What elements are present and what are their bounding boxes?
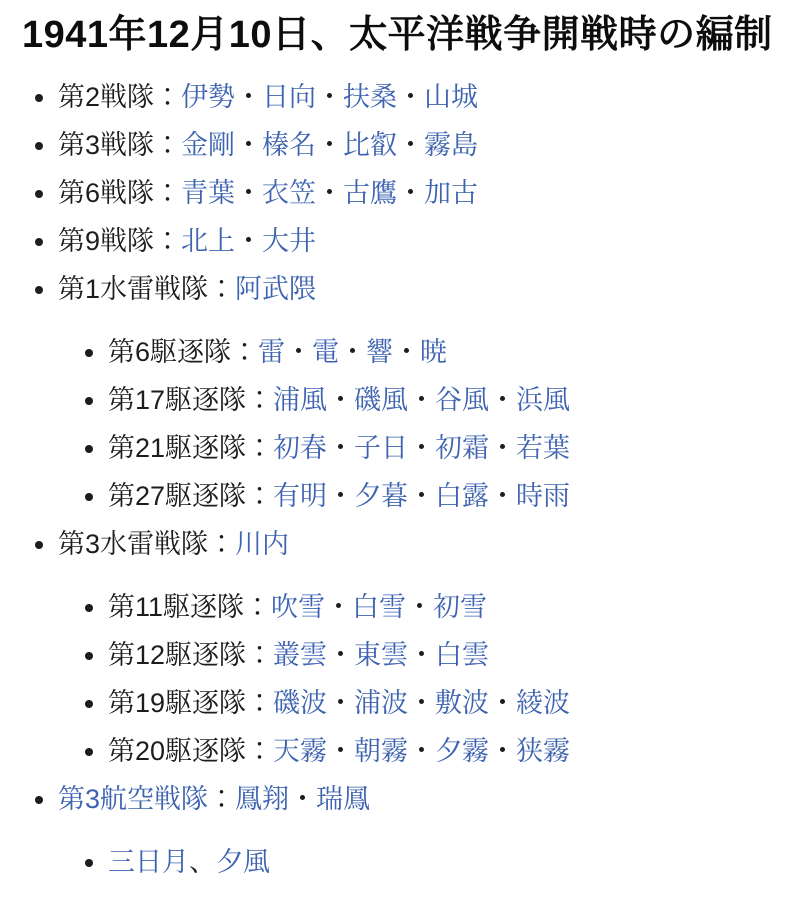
ship-link[interactable]: 浦波 — [354, 688, 408, 718]
ship-link[interactable]: 川内 — [235, 529, 289, 559]
ship-separator: ・ — [327, 433, 354, 463]
colon-separator: ： — [208, 529, 235, 559]
ship-link[interactable]: 初雪 — [433, 592, 487, 622]
ship-link[interactable]: 子日 — [354, 433, 408, 463]
unit-label: 第1水雷戦隊 — [58, 274, 208, 304]
colon-separator: ： — [154, 82, 181, 112]
ship-link[interactable]: 朝霧 — [354, 736, 408, 766]
ship-separator: ・ — [327, 736, 354, 766]
colon-separator: ： — [246, 640, 273, 670]
unit-label: 第12駆逐隊 — [108, 640, 246, 670]
fleet-list-item: 第27駆逐隊：有明・夕暮・白露・時雨 — [108, 479, 792, 514]
unit-label: 第19駆逐隊 — [108, 688, 246, 718]
ship-separator: ・ — [397, 130, 424, 160]
fleet-list-item: 第2戦隊：伊勢・日向・扶桑・山城 — [58, 80, 792, 115]
ship-link[interactable]: 浦風 — [273, 385, 327, 415]
fleet-list-item: 第9戦隊：北上・大井 — [58, 224, 792, 259]
unit-label: 第2戦隊 — [58, 82, 154, 112]
page-title: 1941年12月10日、太平洋戦争開戦時の編制 — [22, 12, 772, 60]
ship-separator: ・ — [285, 337, 312, 367]
unit-label: 第21駆逐隊 — [108, 433, 246, 463]
unit-label: 第17駆逐隊 — [108, 385, 246, 415]
ship-separator: ・ — [235, 178, 262, 208]
ship-link[interactable]: 響 — [366, 337, 393, 367]
colon-separator: ： — [154, 226, 181, 256]
ship-link[interactable]: 榛名 — [262, 130, 316, 160]
ship-link[interactable]: 三日月 — [108, 847, 189, 877]
ship-link[interactable]: 有明 — [273, 481, 327, 511]
fleet-list-item: 第3戦隊：金剛・榛名・比叡・霧島 — [58, 128, 792, 163]
unit-label: 第6戦隊 — [58, 178, 154, 208]
colon-separator: ： — [154, 130, 181, 160]
ship-link[interactable]: 青葉 — [181, 178, 235, 208]
ship-separator: ・ — [327, 481, 354, 511]
ship-link[interactable]: 夕暮 — [354, 481, 408, 511]
ship-separator: ・ — [489, 385, 516, 415]
ship-link[interactable]: 夕霧 — [435, 736, 489, 766]
ship-separator: ・ — [408, 433, 435, 463]
ship-separator: ・ — [397, 82, 424, 112]
fleet-list-item: 第17駆逐隊：浦風・磯風・谷風・浜風 — [108, 383, 792, 418]
ship-link[interactable]: 若葉 — [516, 433, 570, 463]
ship-link[interactable]: 伊勢 — [181, 82, 235, 112]
ship-link[interactable]: 夕風 — [216, 847, 270, 877]
unit-label: 第11駆逐隊 — [108, 592, 244, 622]
fleet-list-item: 第21駆逐隊：初春・子日・初霜・若葉 — [108, 431, 792, 466]
ship-separator: ・ — [327, 385, 354, 415]
colon-separator: ： — [208, 784, 235, 814]
ship-link[interactable]: 時雨 — [516, 481, 570, 511]
ship-link[interactable]: 日向 — [262, 82, 316, 112]
ship-link[interactable]: 大井 — [262, 226, 316, 256]
ship-separator: ・ — [327, 640, 354, 670]
ship-separator: ・ — [397, 178, 424, 208]
unit-label: 第27駆逐隊 — [108, 481, 246, 511]
ship-link[interactable]: 阿武隈 — [235, 274, 316, 304]
unit-label: 第6駆逐隊 — [108, 337, 231, 367]
colon-separator: ： — [246, 385, 273, 415]
colon-separator: ： — [246, 736, 273, 766]
ship-link[interactable]: 天霧 — [273, 736, 327, 766]
ship-link[interactable]: 浜風 — [516, 385, 570, 415]
ship-link[interactable]: 初春 — [273, 433, 327, 463]
ship-separator: ・ — [489, 688, 516, 718]
colon-separator: ： — [246, 688, 273, 718]
ship-link[interactable]: 白雲 — [435, 640, 489, 670]
ship-link[interactable]: 霧島 — [424, 130, 478, 160]
ship-link[interactable]: 扶桑 — [343, 82, 397, 112]
colon-separator: ： — [246, 481, 273, 511]
ship-separator: ・ — [316, 130, 343, 160]
ship-link[interactable]: 電 — [312, 337, 339, 367]
ship-separator: ・ — [408, 688, 435, 718]
fleet-list-item: 第6駆逐隊：雷・電・響・暁 — [108, 335, 792, 370]
ship-link[interactable]: 暁 — [420, 337, 447, 367]
colon-separator: ： — [244, 592, 271, 622]
ship-link[interactable]: 加古 — [424, 178, 478, 208]
ship-link[interactable]: 狭霧 — [516, 736, 570, 766]
ship-link[interactable]: 白露 — [435, 481, 489, 511]
ship-link[interactable]: 雷 — [258, 337, 285, 367]
fleet-sublist: 三日月、夕風 — [58, 845, 792, 880]
fleet-list-item: 第11駆逐隊：吹雪・白雪・初雪 — [108, 590, 792, 625]
ship-separator: ・ — [406, 592, 433, 622]
ship-link[interactable]: 衣笠 — [262, 178, 316, 208]
fleet-list-item: 第3航空戦隊：鳳翔・瑞鳳三日月、夕風 — [58, 782, 792, 880]
ship-link[interactable]: 白雪 — [352, 592, 406, 622]
ship-separator: ・ — [408, 385, 435, 415]
ship-link[interactable]: 比叡 — [343, 130, 397, 160]
ship-separator: ・ — [489, 481, 516, 511]
ship-link[interactable]: 叢雲 — [273, 640, 327, 670]
fleet-list-item: 第12駆逐隊：叢雲・東雲・白雲 — [108, 638, 792, 673]
fleet-list-item: 三日月、夕風 — [108, 845, 792, 880]
ship-link[interactable]: 北上 — [181, 226, 235, 256]
ship-link[interactable]: 磯風 — [354, 385, 408, 415]
ship-link[interactable]: 谷風 — [435, 385, 489, 415]
ship-separator: ・ — [408, 481, 435, 511]
ship-separator: ・ — [408, 736, 435, 766]
ship-link[interactable]: 鳳翔 — [235, 784, 289, 814]
ship-separator: ・ — [408, 640, 435, 670]
ship-link[interactable]: 吹雪 — [271, 592, 325, 622]
ship-separator: ・ — [289, 784, 316, 814]
unit-label: 第3水雷戦隊 — [58, 529, 208, 559]
ship-separator: ・ — [489, 433, 516, 463]
ship-separator: ・ — [235, 82, 262, 112]
fleet-sublist: 第6駆逐隊：雷・電・響・暁第17駆逐隊：浦風・磯風・谷風・浜風第21駆逐隊：初春… — [58, 335, 792, 514]
ship-link[interactable]: 磯波 — [273, 688, 327, 718]
unit-label: 第3戦隊 — [58, 130, 154, 160]
ship-separator: ・ — [393, 337, 420, 367]
fleet-list-item: 第19駆逐隊：磯波・浦波・敷波・綾波 — [108, 686, 792, 721]
unit-label: 第20駆逐隊 — [108, 736, 246, 766]
ship-separator: ・ — [327, 688, 354, 718]
unit-label: 第9戦隊 — [58, 226, 154, 256]
ship-separator: 、 — [189, 847, 216, 877]
ship-separator: ・ — [489, 736, 516, 766]
ship-separator: ・ — [316, 82, 343, 112]
colon-separator: ： — [246, 433, 273, 463]
ship-link[interactable]: 瑞鳳 — [316, 784, 370, 814]
ship-link[interactable]: 綾波 — [516, 688, 570, 718]
colon-separator: ： — [208, 274, 235, 304]
ship-link[interactable]: 山城 — [424, 82, 478, 112]
unit-link[interactable]: 第3航空戦隊 — [58, 784, 208, 814]
fleet-list-item: 第3水雷戦隊：川内第11駆逐隊：吹雪・白雪・初雪第12駆逐隊：叢雲・東雲・白雲第… — [58, 527, 792, 769]
ship-separator: ・ — [235, 130, 262, 160]
fleet-list-item: 第1水雷戦隊：阿武隈第6駆逐隊：雷・電・響・暁第17駆逐隊：浦風・磯風・谷風・浜… — [58, 272, 792, 514]
ship-link[interactable]: 初霜 — [435, 433, 489, 463]
ship-separator: ・ — [339, 337, 366, 367]
ship-link[interactable]: 古鷹 — [343, 178, 397, 208]
fleet-list: 第2戦隊：伊勢・日向・扶桑・山城第3戦隊：金剛・榛名・比叡・霧島第6戦隊：青葉・… — [22, 80, 792, 880]
ship-link[interactable]: 敷波 — [435, 688, 489, 718]
fleet-sublist: 第11駆逐隊：吹雪・白雪・初雪第12駆逐隊：叢雲・東雲・白雲第19駆逐隊：磯波・… — [58, 590, 792, 769]
fleet-list-item: 第20駆逐隊：天霧・朝霧・夕霧・狭霧 — [108, 734, 792, 769]
ship-separator: ・ — [235, 226, 262, 256]
ship-link[interactable]: 東雲 — [354, 640, 408, 670]
ship-separator: ・ — [316, 178, 343, 208]
ship-separator: ・ — [325, 592, 352, 622]
ship-link[interactable]: 金剛 — [181, 130, 235, 160]
colon-separator: ： — [231, 337, 258, 367]
colon-separator: ： — [154, 178, 181, 208]
fleet-list-item: 第6戦隊：青葉・衣笠・古鷹・加古 — [58, 176, 792, 211]
